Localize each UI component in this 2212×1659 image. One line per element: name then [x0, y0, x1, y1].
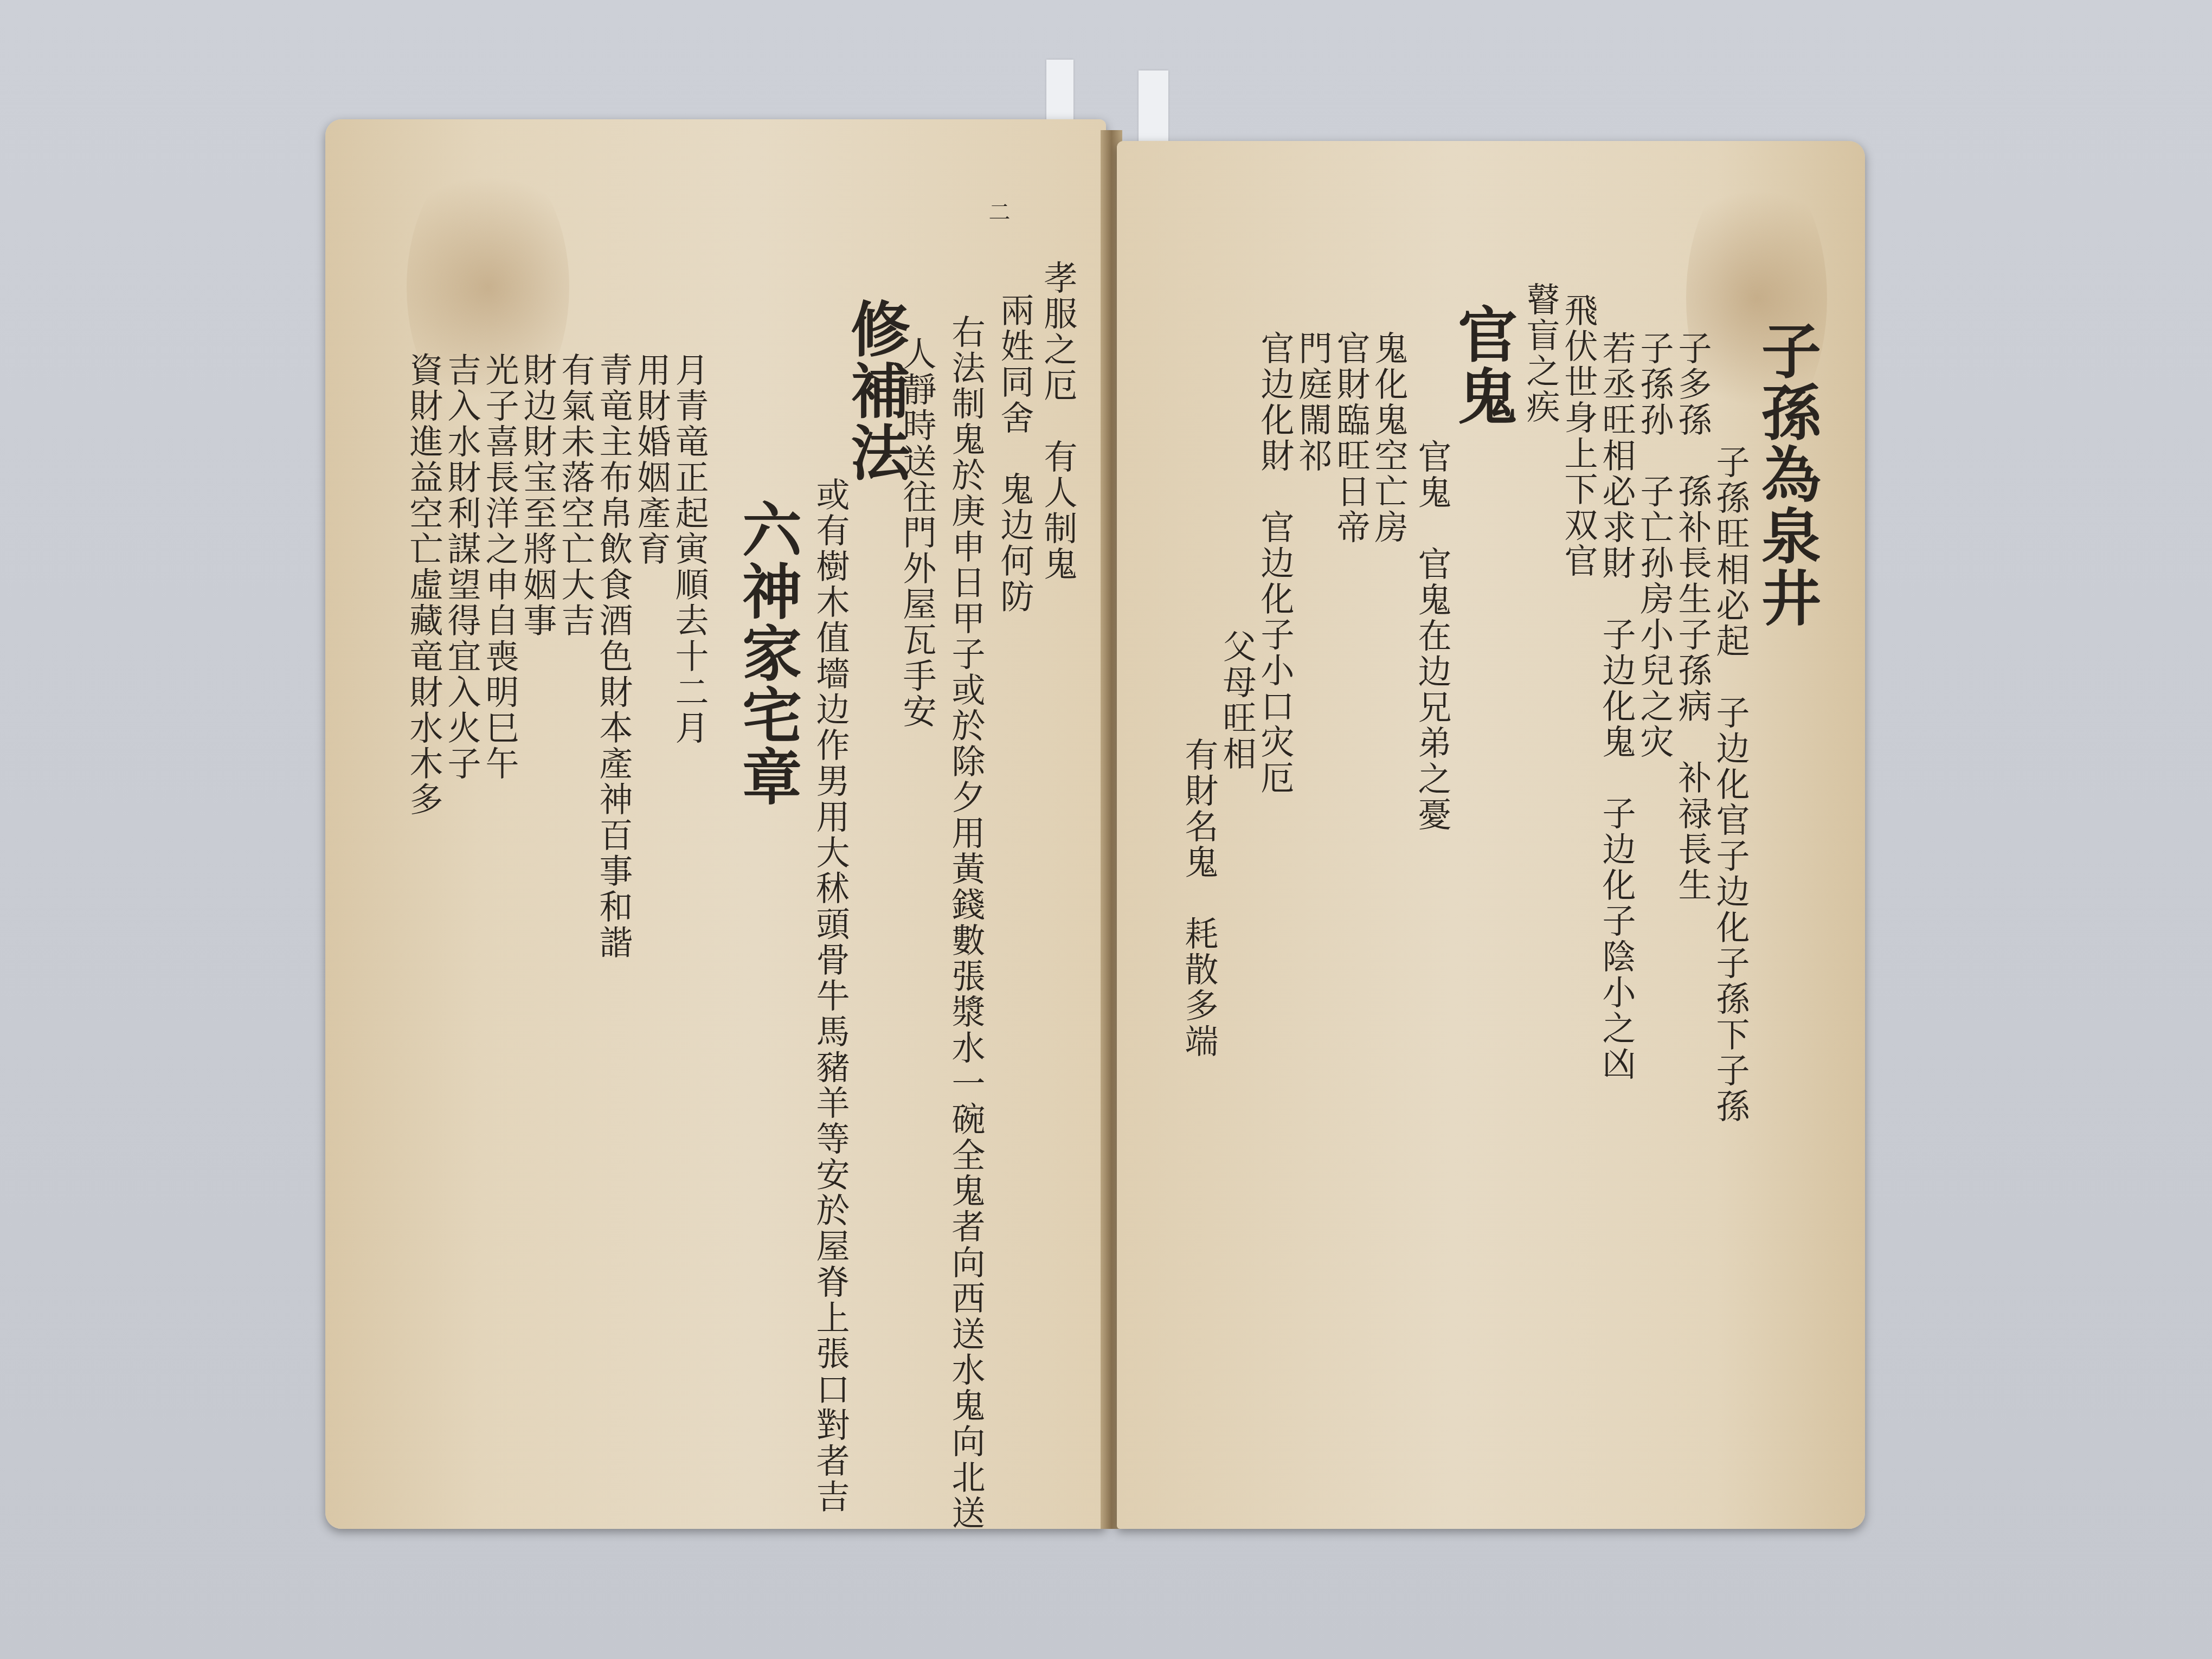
text-column: 資財進益空亡虛藏竜財水木多 — [407, 352, 440, 818]
heading: 六神家宅章 — [737, 499, 797, 808]
text-column: 兩姓同舍 鬼边何防 — [998, 293, 1031, 615]
heading: 子孫為泉井 — [1757, 320, 1816, 629]
text-column: 有財名鬼 耗散多端 — [1182, 737, 1216, 1059]
text-column: 吉入水財利謀望得宜入火子 — [445, 352, 478, 782]
right-page: 子孫為泉井 子孫旺相必起 子边化官子边化子孫下子孫 子多孫 孫补長生子孫病 补禄… — [1117, 141, 1865, 1529]
text-column: 孝服之厄 有人制鬼 — [1041, 260, 1075, 582]
text-column: 飛伏世身上下双官 — [1561, 293, 1595, 579]
text-column: 子孫旺相必起 子边化官子边化子孫下子孫 — [1713, 445, 1747, 1124]
text-column: 官边化財 官边化子小口灾厄 — [1258, 331, 1291, 796]
text-column: 瞽盲之疾 — [1523, 282, 1557, 425]
text-column: 青竜主布帛飲食酒色財本產神百事和諧 — [596, 352, 630, 961]
text-column: 財边財宝至將姻事 — [520, 352, 554, 639]
text-column: 子孫孙 子亡孙房小兒之灾 — [1637, 331, 1671, 760]
text-column: 父母旺相 — [1220, 629, 1253, 772]
text-column: 光子喜長洋之申自喪明巳午 — [483, 352, 516, 782]
heading: 官鬼 — [1453, 304, 1513, 427]
page-number: 二 — [987, 201, 1008, 224]
text-column: 門庭閙祁 — [1296, 331, 1329, 474]
text-column: 官鬼 官鬼在边兄弟之憂 — [1415, 439, 1449, 833]
text-column: 用財婚姻產育 — [634, 352, 668, 567]
text-column: 若丞旺相必求財 子边化鬼 子边化子陰小之凶 — [1599, 331, 1633, 1082]
text-column: 官財臨旺日帝 — [1334, 331, 1367, 545]
open-book: 二 孝服之厄 有人制鬼 兩姓同舍 鬼边何防 右法制鬼於庚申日甲子或於除夕用黃錢數… — [325, 108, 1876, 1551]
left-page: 二 孝服之厄 有人制鬼 兩姓同舍 鬼边何防 右法制鬼於庚申日甲子或於除夕用黃錢數… — [325, 119, 1106, 1529]
text-column: 右法制鬼於庚申日甲子或於除夕用黃錢數張漿水一碗全鬼者向西送水鬼向北送 — [949, 314, 982, 1531]
text-column: 或有樹木值墻边作男用大秫頭骨牛馬豬羊等安於屋脊上張口對者吉 — [813, 477, 847, 1515]
text-column: 子多孫 孫补長生子孫病 补禄長生 — [1675, 331, 1709, 903]
text-column: 月青竜正起寅順去十二月 — [672, 352, 706, 746]
text-column: 有氣未落空亡大吉 — [558, 352, 592, 639]
text-column: 鬼化鬼空亡房 — [1372, 331, 1405, 545]
heading: 修補法 — [846, 298, 905, 484]
